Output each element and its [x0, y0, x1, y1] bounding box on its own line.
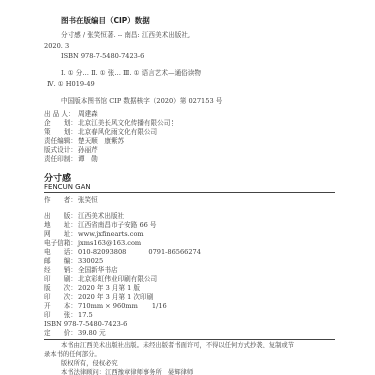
detail-value: www.jxfinearts.com — [78, 230, 144, 238]
detail-address: 地 址：江西省南昌市子安路 66 号 — [44, 221, 157, 229]
cip-record-number: 中国版本图书馆 CIP 数据核字（2020）第 027153 号 — [61, 97, 222, 105]
credit-planning: 企 划：北京江美长风文化传播有限公司 — [44, 119, 175, 127]
copyright-page: 图书在版编目（CIP）数据 分寸感 / 张笑恒著. -- 南昌: 江西美术出版社… — [0, 0, 375, 375]
credit-label: 责任编辑： — [44, 137, 78, 145]
detail-label: 电 话： — [44, 248, 78, 256]
detail-label: 印 张： — [44, 311, 78, 319]
credit-value: 谭 勋 — [78, 155, 98, 163]
legal-advisor: 本书法律顾问：江西豫章律师事务所 晏辉律师 — [61, 369, 193, 375]
detail-edition: 版 次：2020 年 3 月第 1 版 — [44, 284, 140, 292]
detail-label: 邮 编： — [44, 257, 78, 265]
detail-publisher: 出 版：江西美术出版社 — [44, 212, 124, 220]
detail-phone: 电 话：010-820938080791-86566274 — [44, 248, 201, 256]
detail-label: 定 价： — [44, 329, 78, 337]
credit-value: 周建森 — [78, 110, 98, 118]
text-cursor-icon — [172, 120, 175, 126]
detail-value: 全国新华书店 — [78, 266, 118, 274]
book-title-pinyin: FENCUN GAN — [44, 183, 91, 191]
detail-value: 江西省南昌市子安路 66 号 — [78, 221, 157, 229]
detail-label: 开 本： — [44, 302, 78, 310]
detail-postcode: 邮 编：330025 — [44, 257, 103, 265]
credit-strategy: 策 划：北京春风化雨文化有限公司 — [44, 128, 157, 136]
detail-label: ISBN — [44, 320, 64, 328]
credit-editor: 责任编辑：楚天顺 康紫苏 — [44, 137, 124, 145]
detail-email: 电子信箱：jxms163@163.com — [44, 239, 141, 247]
detail-isbn: ISBN 978-7-5480-7423-6 — [44, 320, 127, 328]
credit-label: 策 划： — [44, 128, 78, 136]
detail-label: 印 刷： — [44, 275, 78, 283]
divider-top — [44, 192, 335, 193]
credit-value: 楚天顺 康紫苏 — [78, 137, 124, 145]
credit-label: 出 品 人： — [44, 110, 78, 118]
detail-printing: 印 次：2020 年 3 月第 1 次印刷 — [44, 293, 153, 301]
detail-printer: 印 刷：北京彩虹伟业印刷有限公司 — [44, 275, 157, 283]
credit-label: 责任印制： — [44, 155, 78, 163]
credit-layout-design: 版式设计：孙丽芹 — [44, 146, 98, 154]
detail-label: 印 次： — [44, 293, 78, 301]
credit-value: 孙丽芹 — [78, 146, 98, 154]
detail-price: 定 价：39.80 元 — [44, 329, 106, 337]
credit-printing-supervisor: 责任印制：谭 勋 — [44, 155, 98, 163]
copyright-notice-line-1: 本书由江西美术出版社出版。未经出版者书面许可，不得以任何方式抄袭、复制或节 — [61, 342, 294, 350]
cip-classification: Ⅰ. ① 分… Ⅱ. ① 张… Ⅲ. ① 语言艺术—通俗读物 — [61, 69, 201, 77]
cip-isbn: ISBN 978-7-5480-7423-6 — [61, 52, 144, 60]
detail-value-secondary: 1/16 — [152, 302, 167, 310]
detail-label: 网 址： — [44, 230, 78, 238]
cip-classification-cont: Ⅳ. ① H019-49 — [47, 80, 95, 88]
detail-label: 版 次： — [44, 284, 78, 292]
copyright-notice-line-2: 录本书的任何部分。 — [44, 351, 101, 359]
detail-label: 地 址： — [44, 221, 78, 229]
credit-value: 北京春风化雨文化有限公司 — [78, 128, 157, 136]
detail-value: 330025 — [78, 257, 103, 265]
detail-value: 2020 年 3 月第 1 次印刷 — [78, 293, 153, 301]
credit-label: 版式设计： — [44, 146, 78, 154]
cip-line-2: 2020. 3 — [44, 42, 69, 50]
detail-author: 作 者：张笑恒 — [44, 196, 98, 204]
divider-bottom — [44, 339, 335, 340]
credit-publisher-person: 出 品 人：周建森 — [44, 110, 98, 118]
detail-value: 江西美术出版社 — [78, 212, 124, 220]
detail-value-secondary: 0791-86566274 — [148, 248, 201, 256]
detail-value: 010-82093808 — [78, 248, 126, 256]
detail-value: 张笑恒 — [78, 196, 98, 204]
credit-label: 企 划： — [44, 119, 78, 127]
detail-sheets: 印 张：17.5 — [44, 311, 93, 319]
detail-value: 978-7-5480-7423-6 — [64, 320, 127, 328]
rights-reserved: 版权所有，侵权必究 — [61, 360, 118, 368]
detail-value: 39.80 元 — [78, 329, 106, 337]
detail-value: 2020 年 3 月第 1 版 — [78, 284, 140, 292]
detail-value: 北京彩虹伟业印刷有限公司 — [78, 275, 157, 283]
detail-value: 710mm × 960mm — [78, 302, 138, 310]
detail-value: jxms163@163.com — [78, 239, 141, 247]
detail-label: 电子信箱： — [44, 239, 78, 247]
cip-title: 图书在版编目（CIP）数据 — [61, 15, 150, 26]
detail-label: 出 版： — [44, 212, 78, 220]
detail-website: 网 址：www.jxfinearts.com — [44, 230, 144, 238]
detail-value: 17.5 — [78, 311, 93, 319]
detail-distributor: 经 销：全国新华书店 — [44, 266, 118, 274]
detail-label: 经 销： — [44, 266, 78, 274]
detail-format: 开 本：710mm × 960mm1/16 — [44, 302, 167, 310]
detail-label: 作 者： — [44, 196, 78, 204]
cip-line-1: 分寸感 / 张笑恒著. -- 南昌: 江西美术出版社, — [61, 31, 190, 39]
credit-value: 北京江美长风文化传播有限公司 — [78, 119, 170, 127]
